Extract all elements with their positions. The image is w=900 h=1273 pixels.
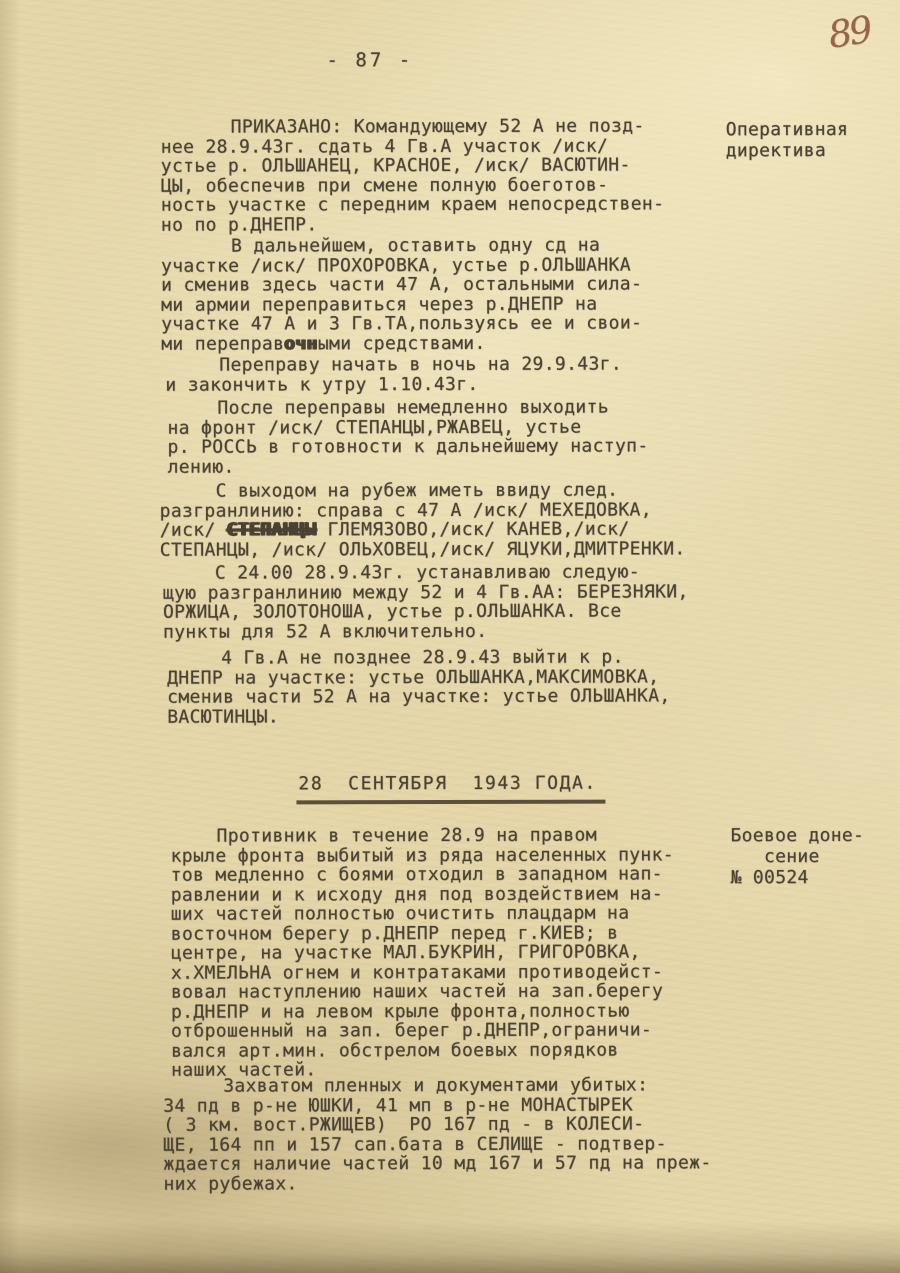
- paragraph-crossing-plan-tail: ыми средствами.: [318, 332, 486, 353]
- paragraph-4gv-task: 4 Гв.А не позднее 28.9.43 выйти к р. ДНЕ…: [167, 647, 887, 727]
- paragraph-ordered-handover: ПРИКАЗАНО: Командующему 52 А не позд- не…: [161, 116, 881, 235]
- date-heading: 28 СЕНТЯБРЯ 1943 ГОДА.: [296, 773, 605, 805]
- paragraph-crossing-plan: В дальнейшем, оставить одну сд на участк…: [161, 235, 881, 354]
- handwritten-page-number: 89: [825, 8, 872, 57]
- scanned-sheet: 89 - 87 - Оперативная директива ПРИКАЗАН…: [0, 0, 900, 1273]
- paragraph-enemy-situation: Противник в течение 28.9 на правом крыле…: [170, 825, 891, 1080]
- paragraph-crossing-timing: Переправу начать в ночь на 29.9.43г. и з…: [165, 354, 885, 395]
- struck-out-word: СТЕПАНЦЫ: [227, 519, 317, 540]
- paragraph-prisoners-documents: Захватом пленных и документами убитых: 3…: [163, 1075, 883, 1194]
- document-page: 89 - 87 - Оперативная директива ПРИКАЗАН…: [0, 0, 900, 1273]
- paragraph-after-crossing: После переправы немедленно выходить на ф…: [167, 397, 887, 477]
- overtyped-letters: очн: [284, 333, 318, 354]
- page-number: - 87 -: [326, 49, 413, 71]
- paragraph-boundary-52-4gv: С 24.00 28.9.43г. устанавливаю следую- щ…: [163, 562, 883, 642]
- paragraph-boundary-right: С выходом на рубеж иметь ввиду след. раз…: [160, 480, 880, 560]
